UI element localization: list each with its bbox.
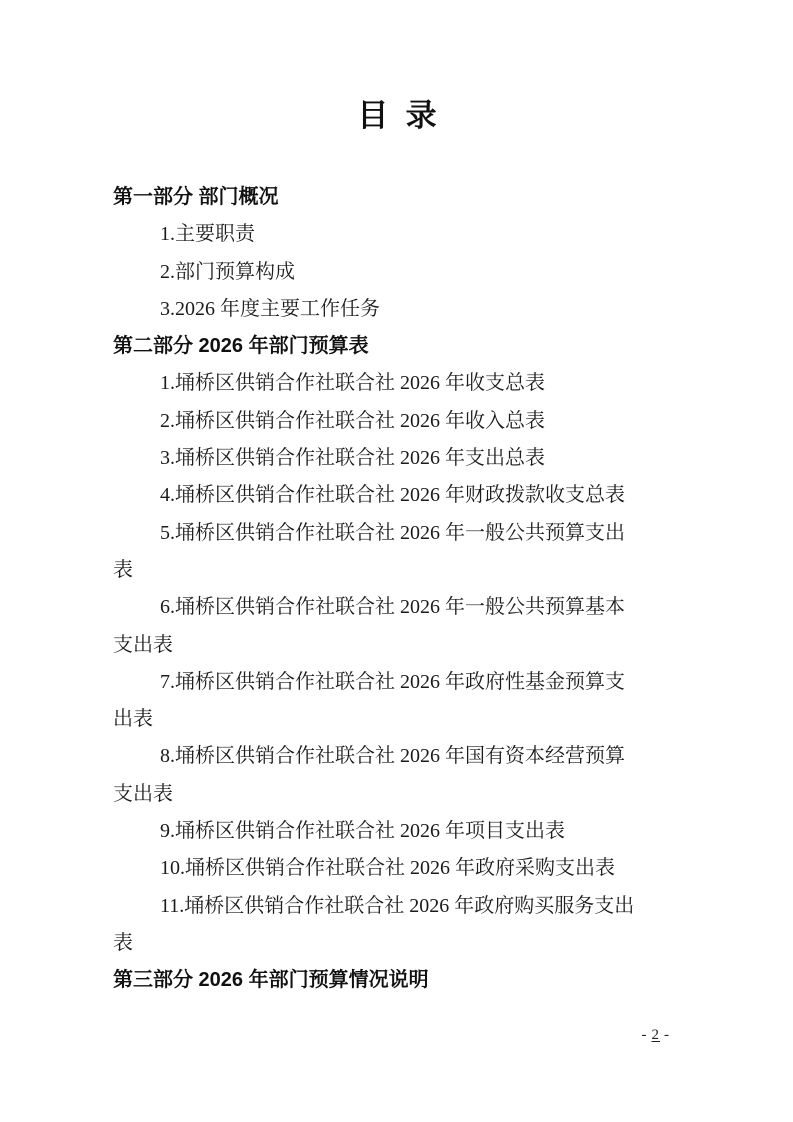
toc-item: 2.埇桥区供销合作社联合社 2026 年收入总表: [113, 403, 681, 440]
toc-item: 10.埇桥区供销合作社联合社 2026 年政府采购支出表: [113, 850, 681, 887]
page-footer: -2-: [642, 1027, 671, 1044]
toc-item-wrap-line: 支出表: [113, 776, 681, 813]
toc-item-line: 3.2026 年度主要工作任务: [113, 291, 681, 328]
toc-item: 8.埇桥区供销合作社联合社 2026 年国有资本经营预算支出表: [113, 738, 681, 813]
toc-section-heading-3: 第三部分 2026 年部门预算情况说明: [113, 962, 681, 999]
toc-item-line: 9.埇桥区供销合作社联合社 2026 年项目支出表: [113, 813, 681, 850]
page-content: 目 录 第一部分 部门概况1.主要职责2.部门预算构成3.2026 年度主要工作…: [0, 94, 793, 1000]
toc-section-heading-1: 第一部分 部门概况: [113, 179, 681, 216]
toc-item-wrap-line: 表: [113, 552, 681, 589]
toc-section-heading-2: 第二部分 2026 年部门预算表: [113, 328, 681, 365]
toc-item-line: 8.埇桥区供销合作社联合社 2026 年国有资本经营预算: [113, 738, 681, 775]
toc-item: 5.埇桥区供销合作社联合社 2026 年一般公共预算支出表: [113, 515, 681, 590]
toc-item: 6.埇桥区供销合作社联合社 2026 年一般公共预算基本支出表: [113, 589, 681, 664]
toc-item-line: 4.埇桥区供销合作社联合社 2026 年财政拨款收支总表: [113, 477, 681, 514]
toc-item-line: 5.埇桥区供销合作社联合社 2026 年一般公共预算支出: [113, 515, 681, 552]
toc-item-line: 6.埇桥区供销合作社联合社 2026 年一般公共预算基本: [113, 589, 681, 626]
footer-dash-left: -: [642, 1027, 648, 1043]
toc-item: 7.埇桥区供销合作社联合社 2026 年政府性基金预算支出表: [113, 664, 681, 739]
page-title: 目 录: [113, 94, 681, 138]
toc-item: 3.埇桥区供销合作社联合社 2026 年支出总表: [113, 440, 681, 477]
toc-item-line: 2.部门预算构成: [113, 254, 681, 291]
toc-item-wrap-line: 出表: [113, 701, 681, 738]
toc-item: 3.2026 年度主要工作任务: [113, 291, 681, 328]
toc-item: 2.部门预算构成: [113, 254, 681, 291]
toc-item-line: 10.埇桥区供销合作社联合社 2026 年政府采购支出表: [113, 850, 681, 887]
toc-item-line: 1.主要职责: [113, 216, 681, 253]
footer-dash-right: -: [664, 1027, 670, 1043]
footer-page-number: 2: [652, 1027, 661, 1043]
toc-item-line: 2.埇桥区供销合作社联合社 2026 年收入总表: [113, 403, 681, 440]
toc: 第一部分 部门概况1.主要职责2.部门预算构成3.2026 年度主要工作任务第二…: [113, 179, 681, 1000]
toc-item: 1.主要职责: [113, 216, 681, 253]
toc-item: 11.埇桥区供销合作社联合社 2026 年政府购买服务支出表: [113, 888, 681, 963]
toc-item: 1.埇桥区供销合作社联合社 2026 年收支总表: [113, 365, 681, 402]
toc-item-line: 1.埇桥区供销合作社联合社 2026 年收支总表: [113, 365, 681, 402]
document-page: 目 录 第一部分 部门概况1.主要职责2.部门预算构成3.2026 年度主要工作…: [0, 0, 793, 1122]
toc-item-line: 3.埇桥区供销合作社联合社 2026 年支出总表: [113, 440, 681, 477]
toc-item-line: 7.埇桥区供销合作社联合社 2026 年政府性基金预算支: [113, 664, 681, 701]
toc-item: 9.埇桥区供销合作社联合社 2026 年项目支出表: [113, 813, 681, 850]
toc-item: 4.埇桥区供销合作社联合社 2026 年财政拨款收支总表: [113, 477, 681, 514]
toc-item-wrap-line: 表: [113, 925, 681, 962]
toc-item-wrap-line: 支出表: [113, 627, 681, 664]
toc-item-line: 11.埇桥区供销合作社联合社 2026 年政府购买服务支出: [113, 888, 681, 925]
